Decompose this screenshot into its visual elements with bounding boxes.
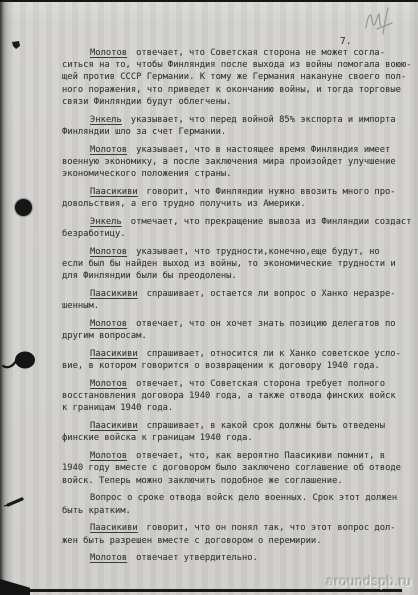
paragraph: Молотовотвечает, что он хочет знать пози… [62, 318, 414, 342]
line-text: отвечает утвердительно. [136, 553, 258, 563]
text-line: Молотовуказывает, что в настоящее время … [62, 144, 414, 156]
scan-corner-bottom-left [0, 579, 30, 595]
text-line: Вопрос о сроке отвода войск дело военных… [62, 492, 414, 504]
line-text: говорит, что он понял так, что этот вопр… [147, 523, 396, 533]
text-line: Молотовотвечает, что Советская сторона т… [62, 378, 414, 390]
text-line: 1940 году вместе с договором было заключ… [62, 462, 414, 474]
speaker-name: Паасикиви [90, 523, 138, 533]
document-body: Молотовотвечает, что Советская сторона н… [62, 47, 414, 570]
text-line: ного поражения, что приведет к окончанию… [62, 84, 414, 96]
line-text: указывает, что трудности,конечно,еще буд… [136, 247, 380, 257]
line-text: говорит, что Финляндии нужно ввозить мно… [147, 187, 396, 197]
text-line: Паасикивиговорит, что он понял так, что … [62, 522, 414, 534]
speaker-name: Молотов [90, 247, 127, 257]
paragraph: Паасикивиговорит, что Финляндии нужно вв… [62, 186, 414, 210]
text-line: довольствия, а его трудно получить из Ам… [62, 198, 414, 210]
text-line: финские войска к границам 1940 года. [62, 432, 414, 444]
line-text: отвечает, что Советская сторона требует … [136, 379, 385, 389]
line-text: указывает, что в настоящее время Финлянд… [136, 145, 390, 155]
text-line: Молотовотвечает, что Советская сторона н… [62, 47, 414, 59]
text-line: если был бы найден выход из войны, то эк… [62, 258, 414, 270]
line-text: отвечает, что Советская сторона не может… [136, 48, 385, 58]
speaker-name: Паасикиви [90, 349, 138, 359]
speaker-name: Энкель [90, 115, 122, 125]
text-line: военную экономику, а после заключения ми… [62, 156, 414, 168]
text-line: Молотовотвечает, что, как вероятно Пааси… [62, 450, 414, 462]
speaker-name: Молотов [90, 48, 127, 58]
paragraph: Паасикивиспрашивает, в какой срок должны… [62, 420, 414, 444]
line-text: отмечает, что прекращение вывоза из Финл… [131, 217, 412, 227]
text-line: вие, в котором говорится о возвращении к… [62, 360, 414, 372]
text-line: экономического положения страны. [62, 168, 414, 180]
speaker-name: Паасикиви [90, 187, 138, 197]
text-line: Паасикивиспрашивает, в какой срок должны… [62, 420, 414, 432]
line-text: отвечает, что он хочет знать позицию дел… [136, 319, 396, 329]
text-line: Паасикивиспрашивает, остается ли вопрос … [62, 288, 414, 300]
speaker-name: Молотов [90, 319, 127, 329]
text-line: Молотовотвечает утвердительно. [62, 552, 414, 564]
text-line: другим вопросам. [62, 330, 414, 342]
paragraph: Молотовотвечает, что Советская сторона н… [62, 47, 414, 108]
line-text: спрашивает, остается ли вопрос о Ханко н… [147, 289, 396, 299]
paragraph: Энкельотмечает, что прекращение вывоза и… [62, 216, 414, 240]
text-line: к границам 1940 года. [62, 402, 414, 414]
speaker-name: Паасикиви [90, 289, 138, 299]
page-number: 7. [340, 36, 351, 47]
speaker-name: Паасикиви [90, 421, 138, 431]
line-text: спрашивает, в какой срок должны быть отв… [147, 421, 385, 431]
text-line: ситься на то, чтобы Финляндия после выхо… [62, 59, 414, 71]
paragraph: Энкельуказывает, что перед войной 85% эк… [62, 114, 414, 138]
text-line: Энкельотмечает, что прекращение вывоза и… [62, 216, 414, 228]
ink-blob-middle-left [2, 349, 38, 373]
paragraph: Молотовотвечает утвердительно. [62, 552, 414, 564]
text-line: быть кратким. [62, 505, 414, 517]
text-line: Молотовотвечает, что он хочет знать пози… [62, 318, 414, 330]
hole-punch [15, 199, 32, 216]
ink-mark-bottom-left [4, 494, 28, 508]
text-line: связи Финляндии будут облегчены. [62, 96, 414, 108]
line-text: Вопрос о сроке отвода войск дело военных… [90, 493, 397, 503]
speaker-name: Молотов [90, 451, 127, 461]
text-line: жен быть разрешен вместе с договором о п… [62, 535, 414, 547]
text-line: для Финляндии были бы преодолены. [62, 270, 414, 282]
text-line: шенным. [62, 300, 414, 312]
text-line: Финляндии шло за счет Германии. [62, 126, 414, 138]
paragraph: Паасикивиспрашивает, остается ли вопрос … [62, 288, 414, 312]
speaker-name: Молотов [90, 553, 127, 563]
scan-edge-bottom [0, 589, 402, 592]
text-line: войск. Теперь можно заключить подобное ж… [62, 475, 414, 487]
line-text: спрашивает, относится ли к Ханко советск… [147, 349, 401, 359]
paragraph: Паасикивиговорит, что он понял так, что … [62, 522, 414, 546]
watermark: aroundspb.ru [326, 574, 412, 589]
paragraph: Молотовуказывает, что трудности,конечно,… [62, 246, 414, 283]
text-line: Паасикивиспрашивает, относится ли к Ханк… [62, 348, 414, 360]
text-line: Энкельуказывает, что перед войной 85% эк… [62, 114, 414, 126]
text-line: щей против СССР Германии. К тому же Герм… [62, 71, 414, 83]
text-line: восстановления договора 1940 года, а так… [62, 390, 414, 402]
text-line: Паасикивиговорит, что Финляндии нужно вв… [62, 186, 414, 198]
speaker-name: Молотов [90, 145, 127, 155]
paragraph: Молотовуказывает, что в настоящее время … [62, 144, 414, 181]
ink-mark-top-left [10, 40, 22, 52]
paragraph: Молотовотвечает, что Советская сторона т… [62, 378, 414, 415]
handwritten-pencil-mark [360, 3, 402, 39]
scan-edge-top [0, 0, 418, 2]
line-text: указывает, что перед войной 85% экспорта… [131, 115, 396, 125]
line-text: отвечает, что, как вероятно Паасикиви по… [136, 451, 385, 461]
speaker-name: Энкель [90, 217, 122, 227]
scanned-document-page: 7. Молотовотвечает, что Советская сторон… [0, 0, 418, 595]
speaker-name: Молотов [90, 379, 127, 389]
text-line: Молотовуказывает, что трудности,конечно,… [62, 246, 414, 258]
paragraph: Паасикивиспрашивает, относится ли к Ханк… [62, 348, 414, 372]
text-line: безработицу. [62, 228, 414, 240]
paragraph: Молотовотвечает, что, как вероятно Пааси… [62, 450, 414, 487]
paragraph: Вопрос о сроке отвода войск дело военных… [62, 492, 414, 516]
